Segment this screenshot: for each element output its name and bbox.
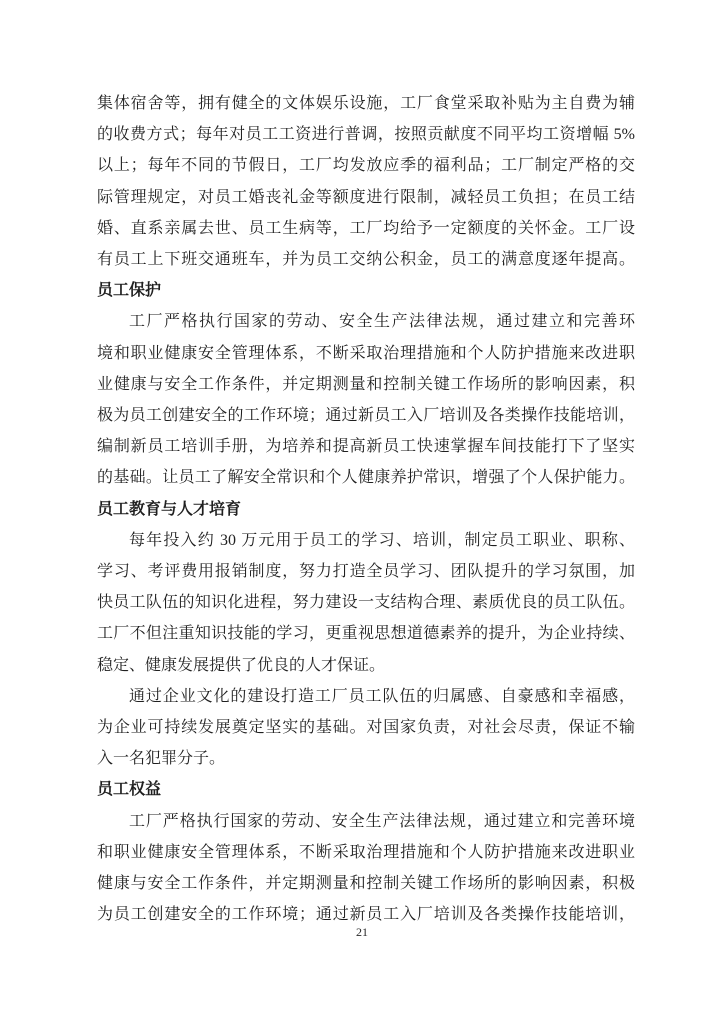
body-text-line: 工厂不但注重知识技能的学习，更重视思想道德素养的提升，为企业持续、: [97, 618, 635, 649]
body-text-line: 以上；每年不同的节假日，工厂均发放应季的福利品；工厂制定严格的交: [97, 150, 635, 181]
body-text-line: 业健康与安全工作条件，并定期测量和控制关键工作场所的影响因素，积: [97, 369, 635, 400]
body-text-line: 为企业可持续发展奠定坚实的基础。对国家负责，对社会尽责，保证不输: [97, 712, 635, 743]
page-content: 集体宿舍等，拥有健全的文体娱乐设施，工厂食堂采取补贴为主自费为辅 的收费方式；每…: [97, 88, 635, 930]
body-text-line: 每年投入约 30 万元用于员工的学习、培训，制定员工职业、职称、: [97, 525, 635, 556]
body-text-line: 际管理规定，对员工婚丧礼金等额度进行限制，减轻员工负担；在员工结: [97, 182, 635, 213]
body-text-line: 工厂严格执行国家的劳动、安全生产法律法规，通过建立和完善环: [97, 306, 635, 337]
body-text-line: 婚、直系亲属去世、员工生病等，工厂均给予一定额度的关怀金。工厂设: [97, 213, 635, 244]
body-text-line: 工厂严格执行国家的劳动、安全生产法律法规，通过建立和完善环境: [97, 806, 635, 837]
heading-employee-rights: 员工权益: [97, 774, 635, 805]
body-text-line: 学习、考评费用报销制度，努力打造全员学习、团队提升的学习氛围，加: [97, 556, 635, 587]
body-text-line: 的收费方式；每年对员工工资进行普调，按照贡献度不同平均工资增幅 5%: [97, 119, 635, 150]
body-text-line: 的基础。让员工了解安全常识和个人健康养护常识，增强了个人保护能力。: [97, 462, 635, 493]
document-page: 集体宿舍等，拥有健全的文体娱乐设施，工厂食堂采取补贴为主自费为辅 的收费方式；每…: [0, 0, 724, 1024]
body-text-line: 和职业健康安全管理体系，不断采取治理措施和个人防护措施来改进职业: [97, 837, 635, 868]
body-text-line: 境和职业健康安全管理体系，不断采取治理措施和个人防护措施来改进职: [97, 338, 635, 369]
body-text-line: 编制新员工培训手册，为培养和提高新员工快速掌握车间技能打下了坚实: [97, 431, 635, 462]
page-number: 21: [0, 924, 724, 940]
body-text-line: 健康与安全工作条件，并定期测量和控制关键工作场所的影响因素，积极: [97, 868, 635, 899]
body-text-line: 集体宿舍等，拥有健全的文体娱乐设施，工厂食堂采取补贴为主自费为辅: [97, 88, 635, 119]
body-text-line: 快员工队伍的知识化进程，努力建设一支结构合理、素质优良的员工队伍。: [97, 587, 635, 618]
heading-employee-protection: 员工保护: [97, 275, 635, 306]
body-text-line: 极为员工创建安全的工作环境；通过新员工入厂培训及各类操作技能培训，: [97, 400, 635, 431]
heading-employee-education: 员工教育与人才培育: [97, 494, 635, 525]
body-text-line: 入一名犯罪分子。: [97, 743, 635, 774]
body-text-line: 有员工上下班交通班车，并为员工交纳公积金，员工的满意度逐年提高。: [97, 244, 635, 275]
body-text-line: 稳定、健康发展提供了优良的人才保证。: [97, 650, 635, 681]
body-text-line: 通过企业文化的建设打造工厂员工队伍的归属感、自豪感和幸福感，: [97, 681, 635, 712]
